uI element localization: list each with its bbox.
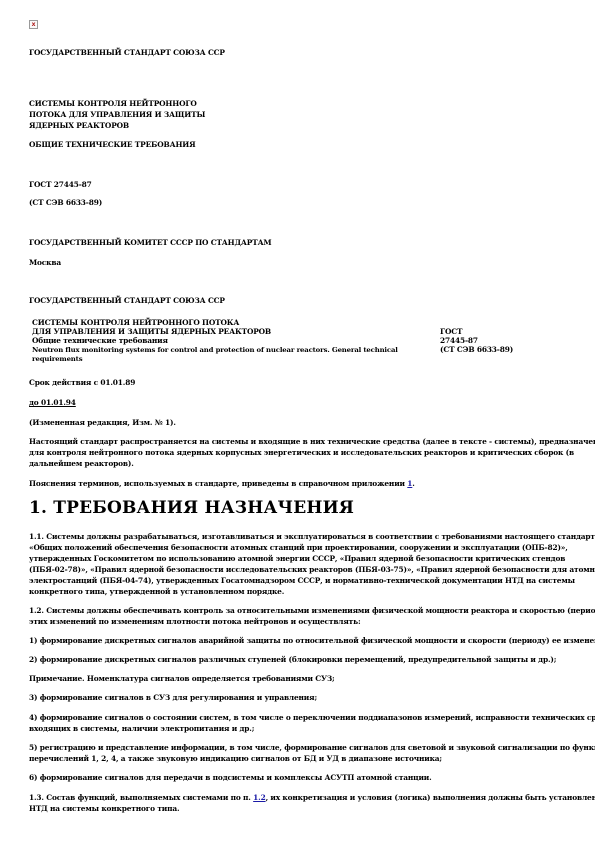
st-sev-number: (СТ СЭВ 6633-89) xyxy=(29,198,102,208)
note-text: Примечание. Номенклатура сигналов опреде… xyxy=(29,674,335,684)
p1-1-line-5: электростанций (ПБЯ-04-74), утвержденных… xyxy=(29,576,575,586)
p1-3-line-2: НТД на системы конкретного типа. xyxy=(29,804,179,814)
city-name: Москва xyxy=(29,258,61,268)
terms-note-tail: . xyxy=(412,479,414,488)
title-block-english-title-cont: requirements xyxy=(32,354,82,364)
p1-2-line-2: этих изменений по изменениям плотности п… xyxy=(29,617,361,627)
list-item-2: 2) формирование дискретных сигналов разл… xyxy=(29,655,556,665)
p1-1-line-4: (ПБЯ-02-78)», «Правил ядерной безопаснос… xyxy=(29,565,595,575)
terms-note: Пояснения терминов, используемых в станд… xyxy=(29,479,415,489)
scope-line-1: Настоящий стандарт распространяется на с… xyxy=(29,437,595,447)
list-item-5-line-2: перечислений 1, 2, 4, а также звуковую и… xyxy=(29,754,442,764)
p1-1-line-3: утвержденных Госкомитетом по использован… xyxy=(29,554,565,564)
terms-note-text: Пояснения терминов, используемых в станд… xyxy=(29,479,407,488)
list-item-5-line-1: 5) регистрацию и представление информаци… xyxy=(29,743,595,753)
list-item-6: 6) формирование сигналов для передачи в … xyxy=(29,773,432,783)
p1-1-line-6: конкретного типа, утвержденной в установ… xyxy=(29,587,284,597)
section-1-heading: 1. ТРЕБОВАНИЯ НАЗНАЧЕНИЯ xyxy=(29,498,354,518)
list-item-4-line-1: 4) формирование сигналов о состоянии сис… xyxy=(29,713,595,723)
title-block-st-sev: (СТ СЭВ 6633-89) xyxy=(440,345,513,355)
committee-name: ГОСУДАРСТВЕННЫЙ КОМИТЕТ СССР ПО СТАНДАРТ… xyxy=(29,238,271,248)
p1-1-line-2: «Общих положений обеспечения безопасност… xyxy=(29,543,568,553)
broken-image-icon: x xyxy=(29,20,38,29)
clause-1-2-link[interactable]: 1.2 xyxy=(253,793,265,802)
list-item-3: 3) формирование сигналов в СУЗ для регул… xyxy=(29,693,317,703)
p1-3-line-1: 1.3. Состав функций, выполняемых система… xyxy=(29,793,595,803)
p1-3-text-after: , их конкретизация и условия (логика) вы… xyxy=(266,793,595,802)
scope-line-2: для контроля нейтронного потока ядерных … xyxy=(29,448,574,458)
list-item-4-line-2: входящих в системы, наличии электропитан… xyxy=(29,724,254,734)
edition-note: (Измененная редакция, Изм. № 1). xyxy=(29,418,176,428)
p1-1-line-1: 1.1. Системы должны разрабатываться, изг… xyxy=(29,532,595,542)
gost-number: ГОСТ 27445-87 xyxy=(29,180,92,190)
title-line-2: ПОТОКА ДЛЯ УПРАВЛЕНИЯ И ЗАЩИТЫ xyxy=(29,110,205,120)
list-item-1: 1) формирование дискретных сигналов авар… xyxy=(29,636,595,646)
state-standard-heading: ГОСУДАРСТВЕННЫЙ СТАНДАРТ СОЮЗА ССР xyxy=(29,48,225,58)
document-subtitle: ОБЩИЕ ТЕХНИЧЕСКИЕ ТРЕБОВАНИЯ xyxy=(29,140,196,150)
title-line-1: СИСТЕМЫ КОНТРОЛЯ НЕЙТРОННОГО xyxy=(29,99,197,109)
state-standard-heading-2: ГОСУДАРСТВЕННЫЙ СТАНДАРТ СОЮЗА ССР xyxy=(29,296,225,306)
validity-from: Срок действия с 01.01.89 xyxy=(29,378,135,388)
title-block-english-title: Neutron flux monitoring systems for cont… xyxy=(32,345,398,355)
title-line-3: ЯДЕРНЫХ РЕАКТОРОВ xyxy=(29,121,129,131)
p1-2-line-1: 1.2. Системы должны обеспечивать контрол… xyxy=(29,606,595,616)
p1-3-text-before: 1.3. Состав функций, выполняемых система… xyxy=(29,793,253,802)
validity-to: до 01.01.94 xyxy=(29,398,76,408)
scope-line-3: дальнейшем реакторов). xyxy=(29,459,134,469)
